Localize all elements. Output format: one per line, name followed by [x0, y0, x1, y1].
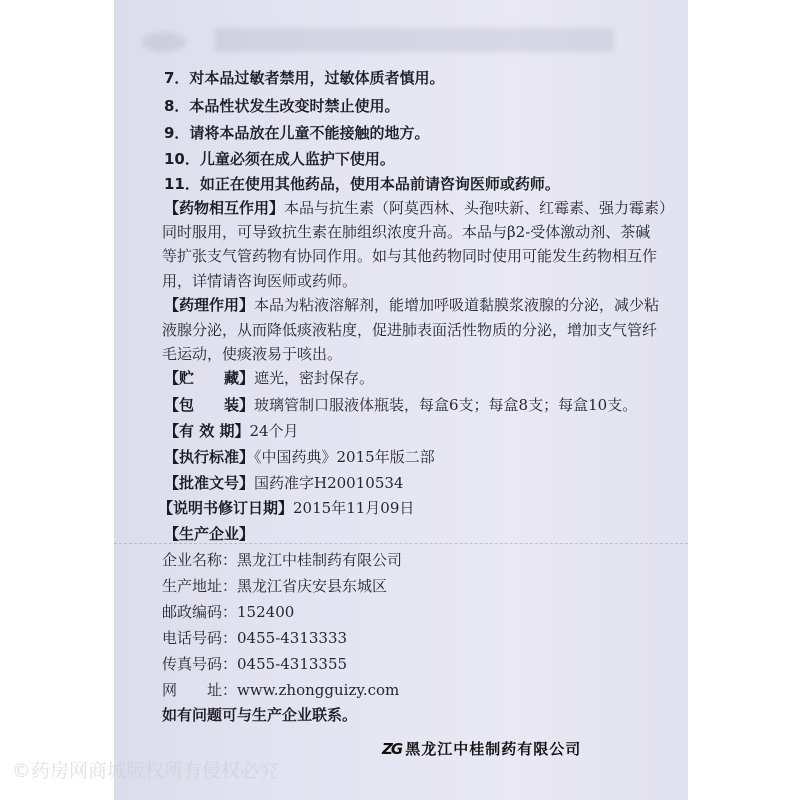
precaution-10: 10．儿童必须在成人监护下使用。 — [164, 149, 395, 169]
field-revision-date: 【说明书修订日期】2015年11月09日 — [158, 498, 414, 518]
manufacturer-postcode: 邮政编码：152400 — [162, 602, 294, 622]
field-packaging: 【包 装】玻璃管制口服液体瓶装，每盒6支；每盒8支；每盒10支。 — [164, 395, 637, 415]
precaution-8: 8．本品性状发生改变时禁止使用。 — [164, 96, 399, 116]
field-approval-number: 【批准文号】国药准字H20010534 — [164, 473, 403, 493]
interactions-line-4: 用，详情请咨询医师或药师。 — [162, 271, 357, 291]
interactions-line-3: 等扩张支气管药物有协同作用。如与其他药物同时使用可能发生药物相互作 — [162, 246, 657, 266]
pharmacology-line-1: 【药理作用】本品为粘液溶解剂，能增加呼吸道黏膜浆液腺的分泌，减少粘 — [164, 295, 659, 315]
interactions-header: 【药物相互作用】 — [164, 199, 284, 217]
zg-logo-icon: ZG — [382, 740, 401, 758]
pharmacology-line-2: 液腺分泌，从而降低痰液粘度，促进肺表面活性物质的分泌，增加支气管纤 — [162, 320, 657, 340]
manufacturer-fax: 传真号码：0455-4313355 — [162, 654, 347, 674]
paper-fold — [114, 543, 688, 545]
bleed-through-logo — [142, 32, 186, 52]
precaution-9: 9．请将本品放在儿童不能接触的地方。 — [164, 123, 429, 143]
manufacturer-website: 网 址：www.zhongguizy.com — [162, 680, 399, 700]
interactions-line-2: 同时服用，可导致抗生素在肺组织浓度升高。本品与β2-受体激动剂、茶碱 — [162, 222, 650, 242]
field-storage: 【贮 藏】遮光，密封保存。 — [164, 368, 374, 388]
manufacturer-header: 【生产企业】 — [164, 524, 254, 544]
field-shelf-life: 【有 效 期】24个月 — [164, 421, 299, 441]
manufacturer-phone: 电话号码：0455-4313333 — [162, 628, 347, 648]
field-standard: 【执行标准】《中国药典》2015年版二部 — [164, 447, 435, 467]
contact-note: 如有问题可与生产企业联系。 — [162, 705, 357, 725]
interactions-line-1: 【药物相互作用】本品与抗生素（阿莫西林、头孢呋新、红霉素、强力霉素） — [164, 198, 674, 218]
leaflet-paper: 7．对本品过敏者禁用，过敏体质者慎用。 8．本品性状发生改变时禁止使用。 9．请… — [114, 0, 688, 800]
manufacturer-address: 生产地址：黑龙江省庆安县东城区 — [162, 576, 387, 596]
bleed-through-title — [214, 28, 614, 52]
manufacturer-name: 企业名称：黑龙江中桂制药有限公司 — [162, 550, 402, 570]
pharmacology-line-3: 毛运动，使痰液易于咳出。 — [162, 344, 342, 364]
pharmacology-header: 【药理作用】 — [164, 296, 254, 314]
precaution-11: 11．如正在使用其他药品，使用本品前请咨询医师或药师。 — [164, 174, 560, 194]
company-logo: ZG黑龙江中桂制药有限公司 — [382, 738, 581, 759]
precaution-7: 7．对本品过敏者禁用，过敏体质者慎用。 — [164, 68, 444, 88]
copyright-watermark: ©药房网商城版权所有侵权必究 — [12, 756, 278, 783]
company-logo-text: 黑龙江中桂制药有限公司 — [405, 740, 581, 758]
